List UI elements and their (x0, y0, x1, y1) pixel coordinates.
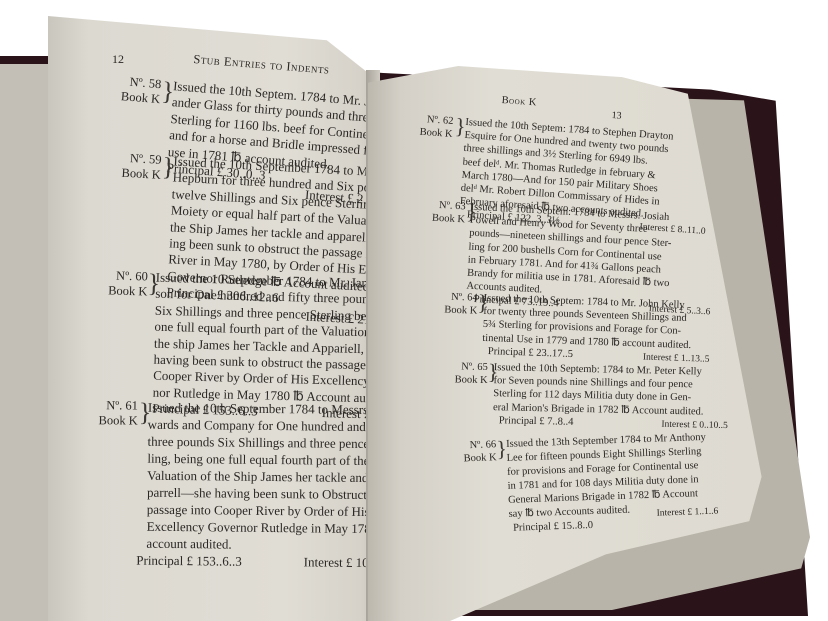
interest: Interest £ 0..10..5 (661, 420, 728, 431)
principal: Principal £ 7..8..4 (499, 415, 574, 428)
interest: Interest £ 1..13..5 (643, 352, 710, 364)
entry-text: Issued the 10th Septemb: 1784 to Mr. Pet… (493, 361, 730, 433)
principal: Principal £ 153..6..3 (136, 553, 242, 569)
principal: Principal £ 15..8..0 (513, 520, 593, 534)
entry-number: Nº. 60 (82, 268, 148, 285)
book-label: Book K (444, 451, 496, 466)
entry-text: Issued the 10th Septem: 1784 to Mr. John… (482, 292, 712, 367)
entry-text: Issued the 13th September 1784 to Mr Ant… (506, 431, 719, 536)
book-label: Book K (425, 303, 477, 318)
book-label: Book K (81, 283, 147, 300)
book-label: Book K (413, 211, 466, 227)
book-label: Book K (72, 413, 138, 429)
entry-number: Nº. 65 (436, 360, 488, 374)
page-number: 12 (112, 52, 124, 67)
principal: Principal £ 23..17..5 (488, 346, 574, 360)
book-label: Book K (435, 373, 487, 387)
page-number: 13 (611, 110, 622, 122)
entry-text: Issued the 10th September 1784 to Messrs… (146, 399, 403, 572)
interest: Interest £ 1..1..6 (656, 507, 718, 519)
entry-number: Nº. 61 (72, 398, 138, 414)
